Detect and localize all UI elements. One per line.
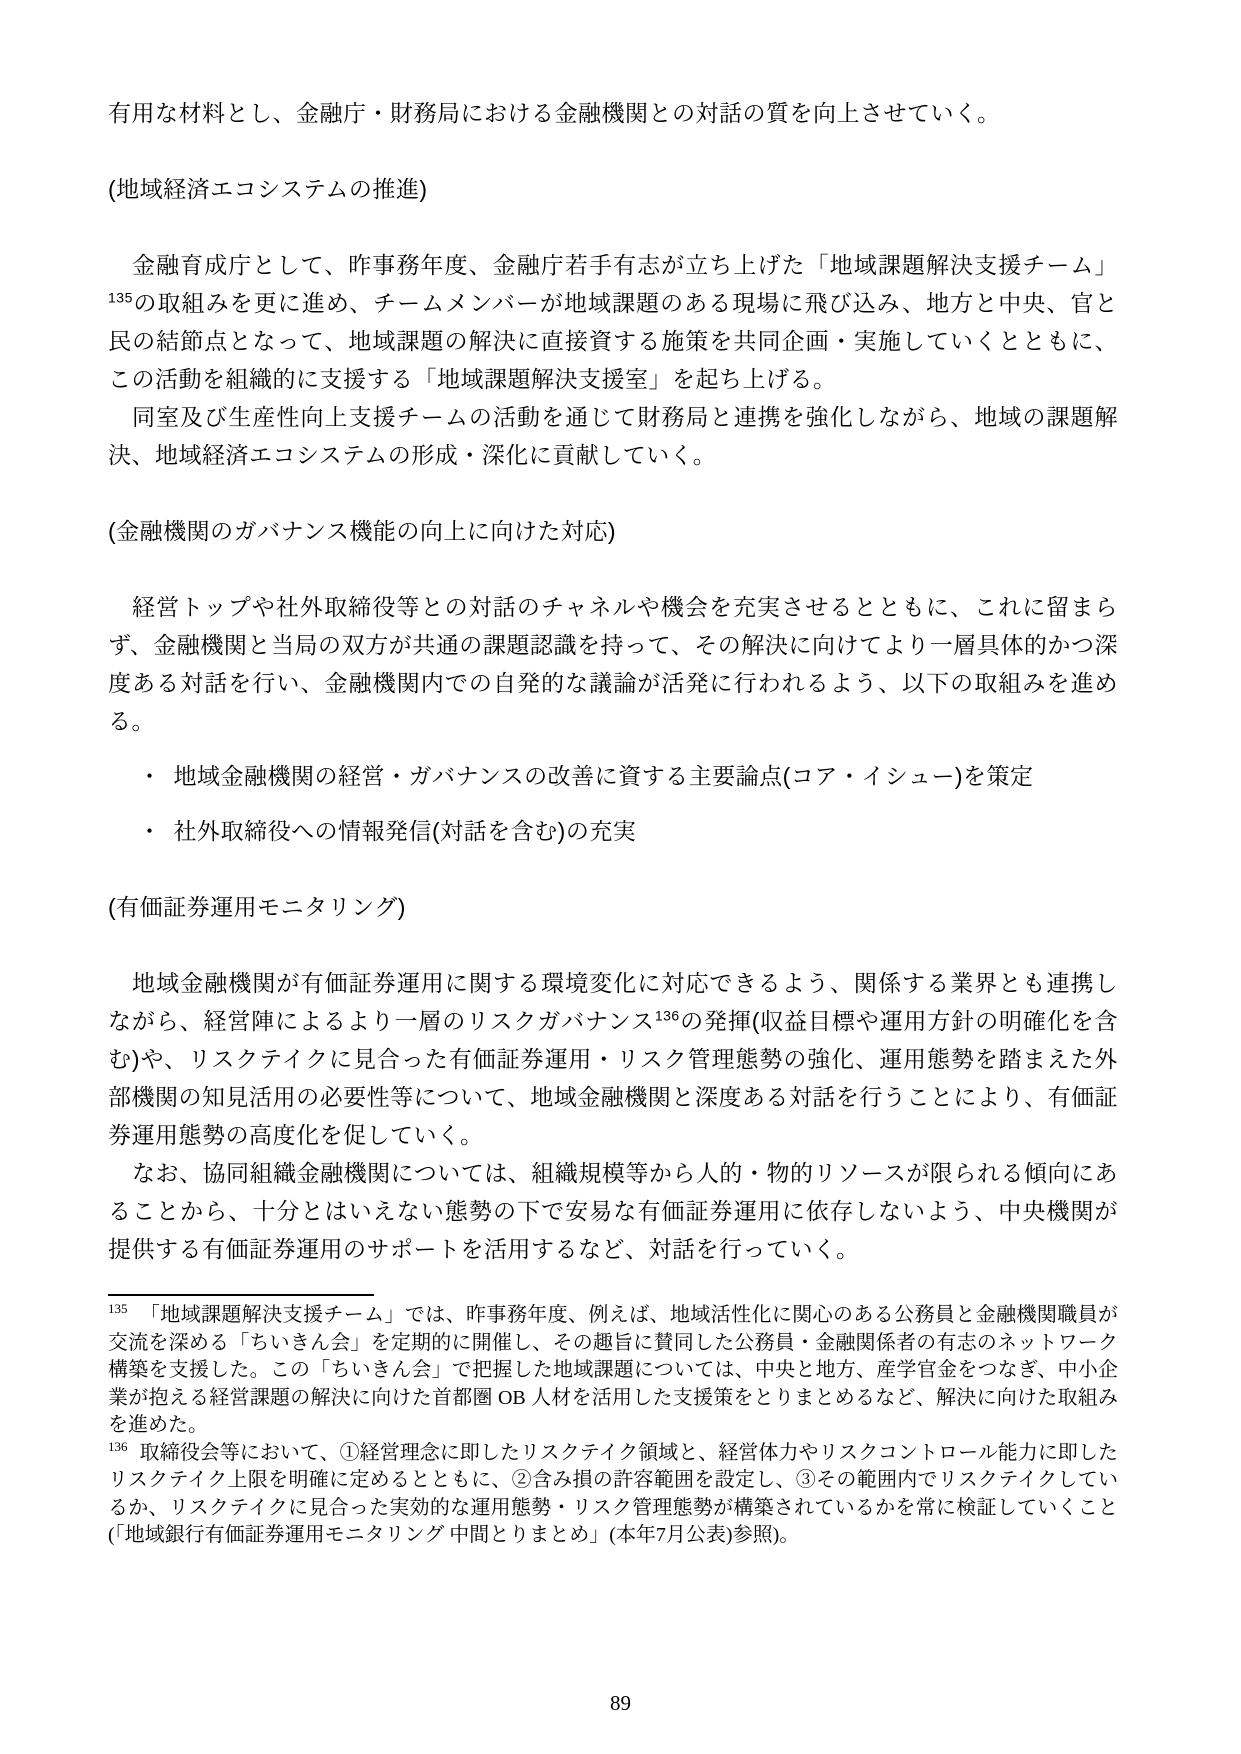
page-body: 有用な材料とし、金融庁・財務局における金融機関との対話の質を向上させていく。 (…	[108, 94, 1118, 1268]
footnote-ref-135: 135	[108, 289, 133, 305]
footnote-135: 135「地域課題解決支援チーム」では、昨事務年度、例えば、地域活性化に関心のある…	[108, 1302, 1118, 1440]
section-heading-securities-monitoring: (有価証券運用モニタリング)	[108, 888, 1118, 926]
footnote-text: 取締役会等において、①経営理念に即したリスクテイク領域と、経営体力やリスクコント…	[108, 1442, 1118, 1547]
footnote-number: 136	[108, 1439, 128, 1454]
bullet-text: 社外取締役への情報発信(対話を含む)の充実	[174, 818, 637, 844]
footnote-number: 135	[108, 1301, 128, 1316]
footnote-136: 136取締役会等において、①経営理念に即したリスクテイク領域と、経営体力やリスク…	[108, 1440, 1118, 1550]
bullet-marker: ・	[138, 763, 162, 789]
section-heading-regional-ecosystem: (地域経済エコシステムの推進)	[108, 170, 1118, 208]
footnote-separator	[108, 1294, 374, 1296]
paragraph: 金融育成庁として、昨事務年度、金融庁若手有志が立ち上げた「地域課題解決支援チーム…	[108, 246, 1118, 398]
paragraph: 同室及び生産性向上支援チームの活動を通じて財務局と連携を強化しながら、地域の課題…	[108, 398, 1118, 474]
footnote-text: 「地域課題解決支援チーム」では、昨事務年度、例えば、地域活性化に関心のある公務員…	[108, 1304, 1118, 1436]
footnote-ref-136: 136	[655, 1007, 680, 1023]
paragraph: 地域金融機関が有価証券運用に関する環境変化に対応できるよう、関係する業界とも連携…	[108, 964, 1118, 1154]
paragraph-text: の取組みを更に進め、チームメンバーが地域課題のある現場に飛び込み、地方と中央、官…	[108, 290, 1118, 392]
section-heading-governance: (金融機関のガバナンス機能の向上に向けた対応)	[108, 512, 1118, 550]
paragraph: なお、協同組織金融機関については、組織規模等から人的・物的リソースが限られる傾向…	[108, 1154, 1118, 1268]
bullet-marker: ・	[138, 818, 162, 844]
document-page: 有用な材料とし、金融庁・財務局における金融機関との対話の質を向上させていく。 (…	[0, 0, 1241, 1754]
paragraph: 経営トップや社外取締役等との対話のチャネルや機会を充実させるとともに、これに留ま…	[108, 588, 1118, 740]
bullet-text: 地域金融機関の経営・ガバナンスの改善に資する主要論点(コア・イシュー)を策定	[174, 763, 1034, 789]
bullet-item: ・社外取締役への情報発信(対話を含む)の充実	[108, 812, 1118, 850]
paragraph-continuation: 有用な材料とし、金融庁・財務局における金融機関との対話の質を向上させていく。	[108, 94, 1118, 132]
bullet-item: ・地域金融機関の経営・ガバナンスの改善に資する主要論点(コア・イシュー)を策定	[108, 757, 1118, 795]
page-number: 89	[0, 1691, 1241, 1716]
paragraph-text: 金融育成庁として、昨事務年度、金融庁若手有志が立ち上げた「地域課題解決支援チーム…	[132, 252, 1118, 278]
footnotes-area: 135「地域課題解決支援チーム」では、昨事務年度、例えば、地域活性化に関心のある…	[108, 1294, 1118, 1550]
